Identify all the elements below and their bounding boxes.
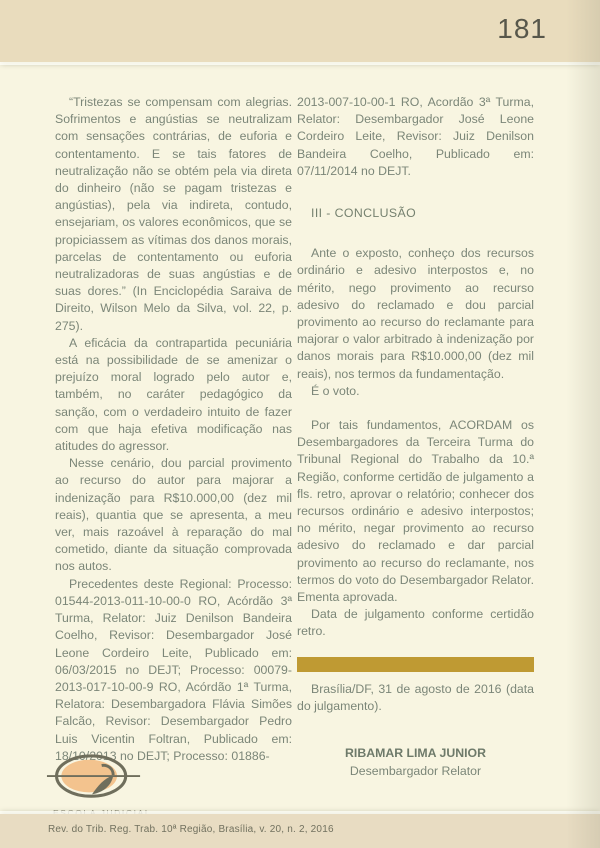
date-line: Brasília/DF, 31 de agosto de 2016 (data … — [297, 681, 534, 715]
journal-page: 181 “Tristezas se compensam com alegrias… — [0, 0, 600, 848]
escola-judicial-logo-icon — [46, 752, 142, 802]
signature-role: Desembargador Relator — [297, 763, 534, 780]
paragraph: Nesse cenário, dou parcial provimento ao… — [55, 455, 292, 575]
quote-paragraph: “Tristezas se compensam com alegrias. So… — [55, 94, 292, 335]
paragraph: Data de julgamento conforme certidão ret… — [297, 606, 534, 640]
journal-citation: Rev. do Trib. Reg. Trab. 10ª Região, Bra… — [48, 824, 334, 835]
continuation-paragraph: 2013-007-10-00-1 RO, Acordão 3ª Turma, R… — [297, 94, 534, 180]
paragraph: Por tais fundamentos, ACORDAM os Desemba… — [297, 417, 534, 606]
escola-judicial-logo: ESCOLA JUDICIAL — [46, 752, 196, 818]
signature-block: RIBAMAR LIMA JUNIOR Desembargador Relato… — [297, 745, 534, 780]
paragraph: A eficácia da contrapartida pecuniária e… — [55, 335, 292, 455]
left-column: “Tristezas se compensam com alegrias. So… — [55, 94, 292, 765]
right-column: 2013-007-10-00-1 RO, Acordão 3ª Turma, R… — [297, 94, 534, 781]
header-band: 181 — [0, 0, 600, 62]
gold-divider-bar — [297, 657, 534, 672]
section-heading-conclusao: III - CONCLUSÃO — [297, 205, 534, 222]
paragraph: Ante o exposto, conheço dos recursos ord… — [297, 245, 534, 383]
signature-name: RIBAMAR LIMA JUNIOR — [297, 745, 534, 762]
page-number: 181 — [497, 13, 547, 45]
footer-band: Rev. do Trib. Reg. Trab. 10ª Região, Bra… — [0, 814, 600, 848]
voto-line: É o voto. — [297, 383, 534, 400]
paragraph: Precedentes deste Regional: Processo: 01… — [55, 576, 292, 765]
